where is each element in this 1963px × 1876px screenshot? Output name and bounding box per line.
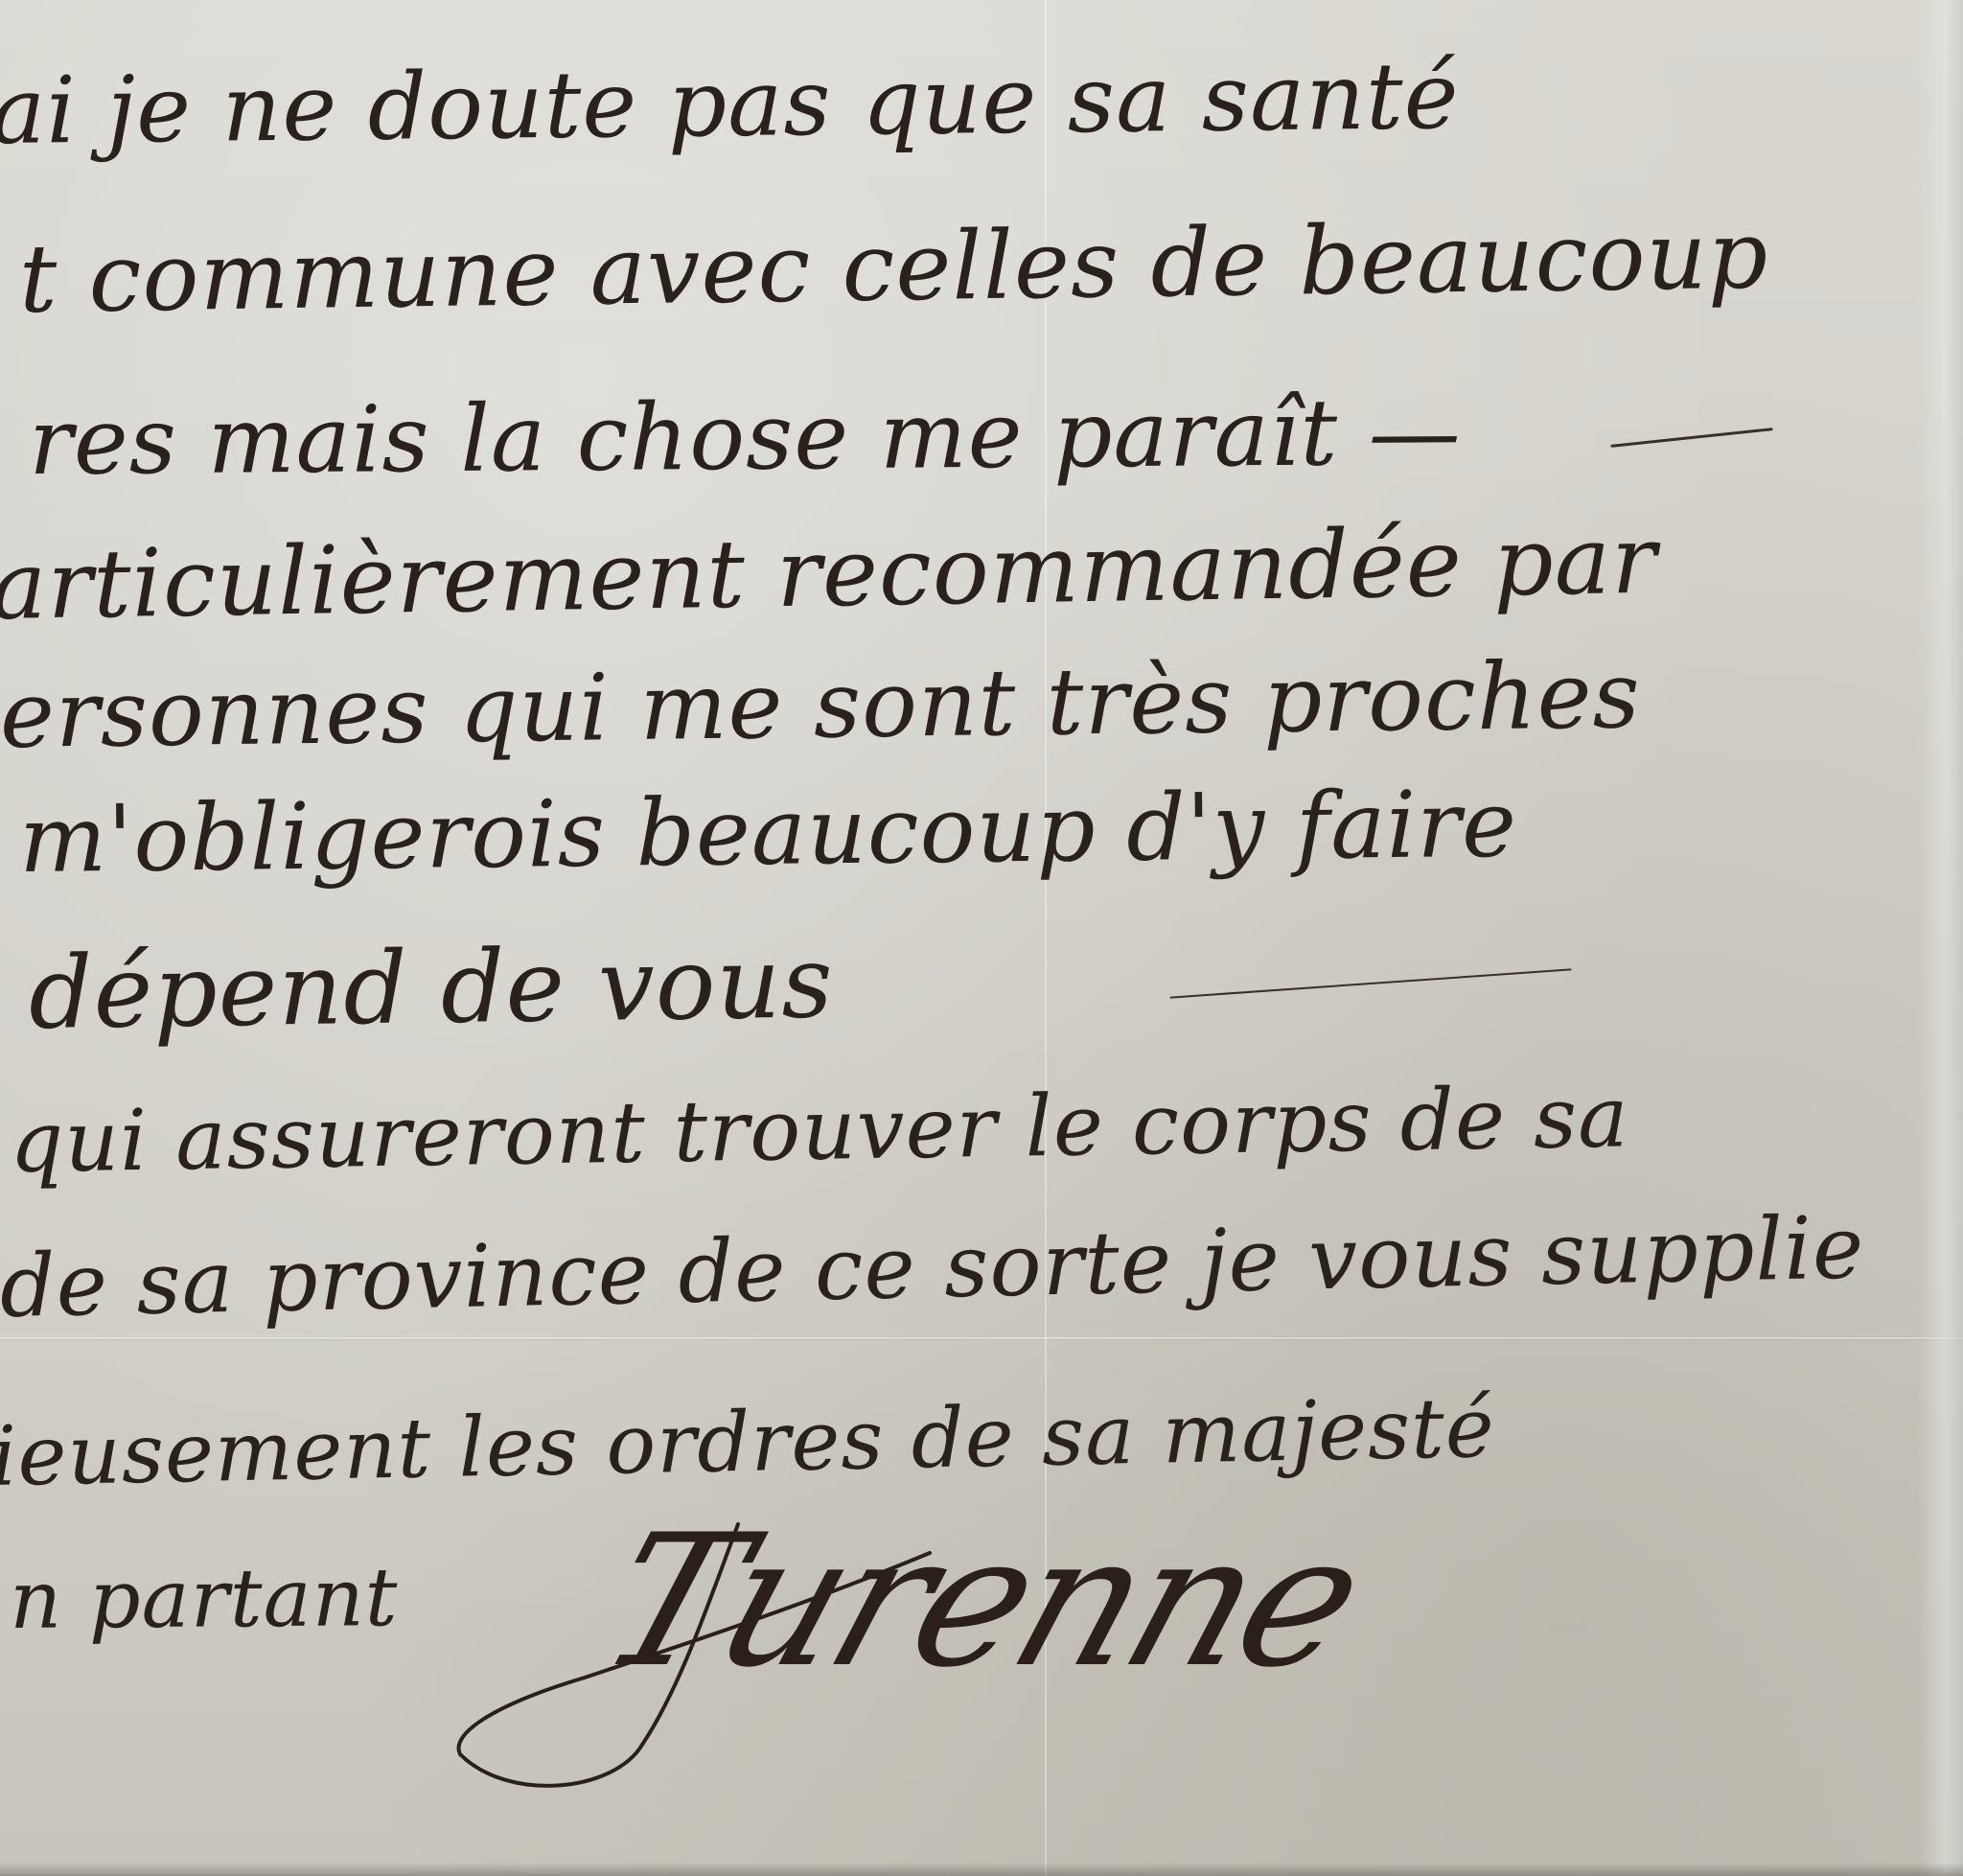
- flourish-stroke: [1169, 968, 1571, 998]
- dash-stroke: [1610, 428, 1772, 448]
- letter-paper: ai je ne doute pas que sa santé t commun…: [0, 0, 1963, 1876]
- letter-line-9: de sa province de ce sorte je vous suppl…: [0, 1197, 1865, 1337]
- signature: Turenne: [579, 1495, 1383, 1707]
- letter-line-6: m'obligerois beaucoup d'y faire: [18, 771, 1517, 893]
- letter-line-3: res mais la chose me paraît —: [29, 379, 1462, 496]
- letter-line-5: ersonnes qui me sont très proches: [0, 641, 1641, 769]
- letter-line-7: dépend de vous: [28, 923, 834, 1052]
- letter-line-2: t commune avec celles de beaucoup: [18, 201, 1769, 335]
- letter-line-8: qui assureront trouver le corps de sa: [9, 1067, 1629, 1192]
- frame-edge-bottom: [0, 1863, 1963, 1876]
- letter-line-1: ai je ne doute pas que sa santé: [0, 42, 1460, 165]
- frame-edge-right: [1919, 0, 1963, 1876]
- letter-line-10: ieusement les ordres de sa majesté: [0, 1380, 1495, 1505]
- letter-line-4: articulièrement recommandée par: [0, 506, 1658, 641]
- paper-fold-horizontal: [0, 1337, 1963, 1339]
- letter-line-11: n partant: [10, 1550, 399, 1647]
